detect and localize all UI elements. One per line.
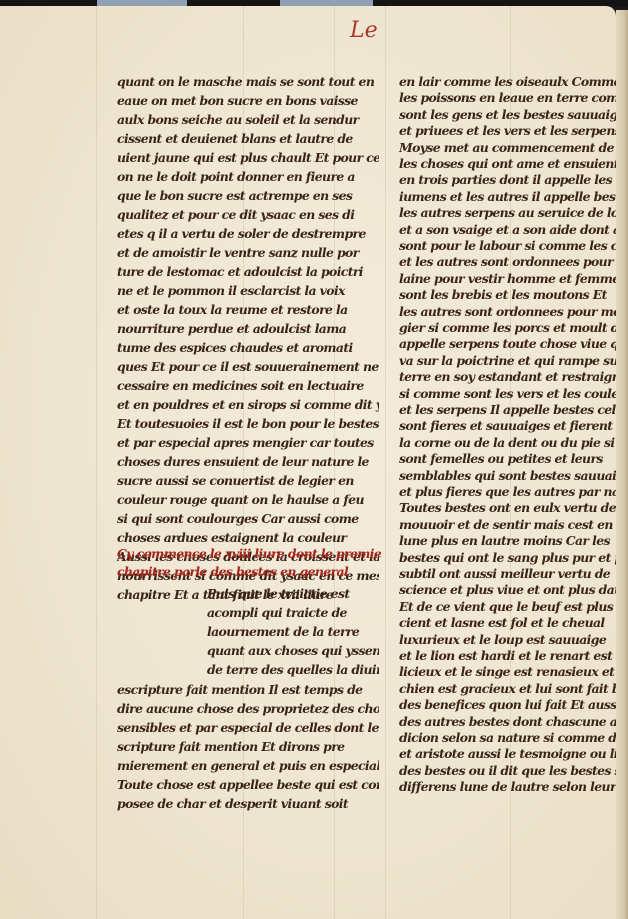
text-line: laournement de la terre [207,622,379,642]
text-line: escripture fait mention Il est temps de [117,680,379,700]
text-line: nourriture perdue et adoulcist lama [117,319,379,339]
text-line: ne et le pommon il esclarcist la voix [117,281,379,301]
text-line: differens lune de lautre selon leurs [399,777,621,797]
text-line: sucre aussi se conuertist de legier en [117,471,379,491]
text-line: et par especial apres mengier car toutes [117,433,379,453]
left-column-after: escripture fait mention Il est temps de … [117,680,379,820]
text-line: Toute chose est appellee beste qui est c… [117,775,379,795]
text-line: acompli qui traicte de [207,603,379,623]
text-line: si qui sont coulourges Car aussi come [117,509,379,529]
text-line: etes q il a vertu de soler de destrempre [117,224,379,244]
text-line: mierement en general et puis en especial [117,756,379,776]
text-line: ture de lestomac et adoulcist la poictri [117,262,379,282]
text-line: cessaire en medicines soit en lectuaire [117,376,379,396]
margin-rule [385,6,386,919]
text-line: uient jaune qui est plus chault Et pour … [117,148,379,168]
text-line: aulx bons seiche au soleil et la sendur [117,110,379,130]
text-line: dire aucune chose des proprietez des cho… [117,699,379,719]
text-line: couleur rouge quant on le haulse a feu [117,490,379,510]
text-line: quant on le masche mais se sont tout en [117,72,379,92]
text-line: tume des espices chaudes et aromati [117,338,379,358]
text-line: eaue on met bon sucre en bons vaisse [117,91,379,111]
rubric-line: chapitre parle des bestes en general [117,562,382,582]
text-line: que le bon sucre est actrempe en ses [117,186,379,206]
page-edge [616,10,628,919]
rubric-line: Cy commence le xviii liure dont le premi… [117,544,382,564]
right-column: en lair comme les oiseaulx Comme sont le… [399,72,621,777]
text-line: ques Et pour ce il est souuerainement ne [117,357,379,377]
text-line: cissent et deuienet blans et lautre de [117,129,379,149]
running-header: Le [350,16,390,46]
text-line: qualitez et pour ce dit ysaac en ses di [117,205,379,225]
chapter-rubric: Cy commence le xviii liure dont le premi… [117,544,382,584]
text-line: de terre des quelles la diuine [207,660,379,680]
text-line: Puis que le traictie est [207,584,379,604]
text-line: Et toutesuoies il est le bon pour le bes… [117,414,379,434]
manuscript-page: Le quant on le masche mais se sont tout … [0,6,616,919]
text-line: sensibles et par especial de celles dont… [117,718,379,738]
indented-block: Puis que le traictie est acompli qui tra… [207,584,379,680]
text-line: quant aux choses qui yssent [207,641,379,661]
text-line: on ne le doit point donner en fieure a [117,167,379,187]
text-line: scripture fait mention Et dirons pre [117,737,379,757]
text-line: choses dures ensuient de leur nature le [117,452,379,472]
left-column: quant on le masche mais se sont tout en … [117,72,379,532]
margin-rule [96,6,97,919]
text-line: et en pouldres et en sirops si comme dit… [117,395,379,415]
text-line: et de amoistir le ventre sanz nulle por [117,243,379,263]
text-line: et oste la toux la reume et restore la [117,300,379,320]
text-line: posee de char et desperit viuant soit [117,794,379,814]
